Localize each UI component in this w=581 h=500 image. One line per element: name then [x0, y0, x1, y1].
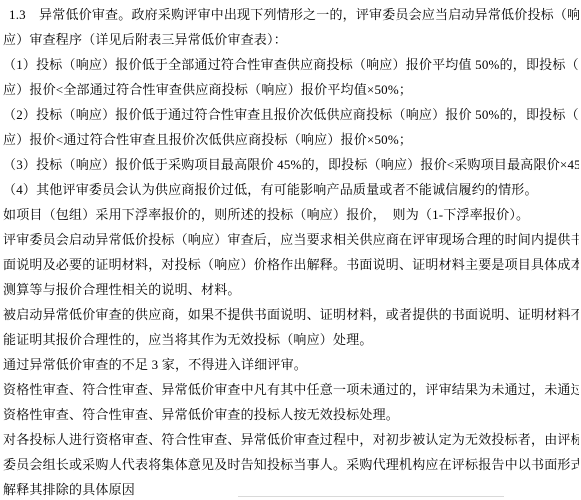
text-line: 面说明及必要的证明材料，对投标（响应）价格作出解释。书面说明、证明材料主要是项目… [3, 252, 579, 277]
text-line: 应）报价<通过符合性审查且报价次低供应商投标（响应）报价×50%； [3, 127, 579, 152]
text-line: 资格性审查、符合性审查、异常低价审查的投标人按无效投标处理。 [3, 402, 579, 427]
divider-line [238, 496, 504, 497]
text-line: （3）投标（响应）报价低于采购项目最高限价 45%的，即投标（响应）报价<采购项… [3, 152, 579, 177]
text-line: 1.3 异常低价审查。政府采购评审中出现下列情形之一的，评审委员会应当启动异常低… [3, 2, 579, 27]
text-line: 委员会组长或采购人代表将集体意见及时告知投标当事人。采购代理机构应在评标报告中以… [3, 452, 579, 477]
text-line: （1）投标（响应）报价低于全部通过符合性审查供应商投标（响应）报价平均值 50%… [3, 52, 579, 77]
text-line: 被启动异常低价审查的供应商，如果不提供书面说明、证明材料，或者提供的书面说明、证… [3, 302, 579, 327]
document-page: 1.3 异常低价审查。政府采购评审中出现下列情形之一的，评审委员会应当启动异常低… [0, 0, 581, 500]
text-line: 资格性审查、符合性审查、异常低价审查中凡有其中任意一项未通过的，评审结果为未通过… [3, 377, 579, 402]
text-line: 应）报价<全部通过符合性审查供应商投标（响应）报价平均值×50%； [3, 77, 579, 102]
text-line: 通过异常低价审查的不足 3 家，不得进入详细评审。 [3, 352, 579, 377]
text-line: 测算等与报价合理性相关的说明、材料。 [3, 277, 579, 302]
text-line: 评审委员会启动异常低价投标（响应）审查后，应当要求相关供应商在评审现场合理的时间… [3, 227, 579, 252]
text-line: 如项目（包组）采用下浮率报价的，则所述的投标（响应）报价， 则为（1-下浮率报价… [3, 202, 579, 227]
text-line: （2）投标（响应）报价低于通过符合性审查且报价次低供应商投标（响应）报价 50%… [3, 102, 579, 127]
text-line: 应）审查程序（详见后附表三异常低价审查表）： [3, 27, 579, 52]
text-line: 能证明其报价合理性的，应当将其作为无效投标（响应）处理。 [3, 327, 579, 352]
text-line: 对各投标人进行资格审查、符合性审查、异常低价审查过程中，对初步被认定为无效投标者… [3, 427, 579, 452]
text-line: （4）其他评审委员会认为供应商报价过低，有可能影响产品质量或者不能诚信履约的情形… [3, 177, 579, 202]
